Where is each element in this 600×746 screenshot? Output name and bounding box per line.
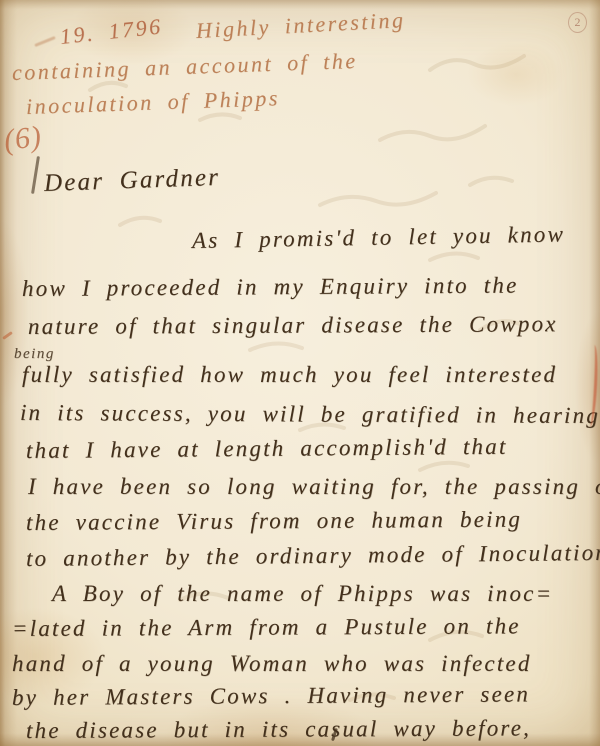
letter-line: the disease but in its casual way before… — [26, 715, 531, 744]
folio-number: (6) — [2, 120, 44, 158]
page-number-badge: 2 — [568, 12, 587, 33]
annotation-line: inoculation of Phipps — [26, 85, 281, 120]
letter-line: I have been so long waiting for, the pas… — [28, 474, 600, 500]
faded-ink-stroke — [34, 36, 56, 47]
annotation-line: containing an account of the — [12, 48, 358, 86]
letter-line: A Boy of the name of Phipps was inoc= — [52, 581, 553, 607]
letter-line: in its success, you will be gratified in… — [20, 400, 600, 429]
caret-mark — [2, 331, 13, 340]
letter-line: by her Masters Cows . Having never seen — [12, 681, 530, 711]
letter-line: that I have at length accomplish'd that — [26, 434, 508, 464]
annotation-date: 19. 1796 — [59, 13, 164, 50]
opening-line: As I promis'd to let you know — [192, 221, 565, 254]
interline-insertion: being — [14, 346, 55, 363]
letter-line: the vaccine Virus from one human being — [26, 507, 522, 536]
ink-flourish — [31, 156, 40, 194]
annotation-note: Highly interesting — [195, 7, 406, 44]
letter-line: to another by the ordinary mode of Inocu… — [26, 540, 600, 572]
salutation: Dear Gardner — [44, 164, 221, 198]
letter-line: =lated in the Arm from a Pustule on the — [12, 613, 521, 642]
letter-scan-page: 19. 1796 Highly interesting containing a… — [0, 0, 600, 746]
letter-line: nature of that singular disease the Cowp… — [28, 311, 558, 340]
letter-line: how I proceeded in my Enquiry into the — [22, 273, 519, 302]
letter-line: hand of a young Woman who was infected — [12, 651, 532, 677]
letter-line: fully satisfied how much you feel intere… — [22, 362, 557, 388]
